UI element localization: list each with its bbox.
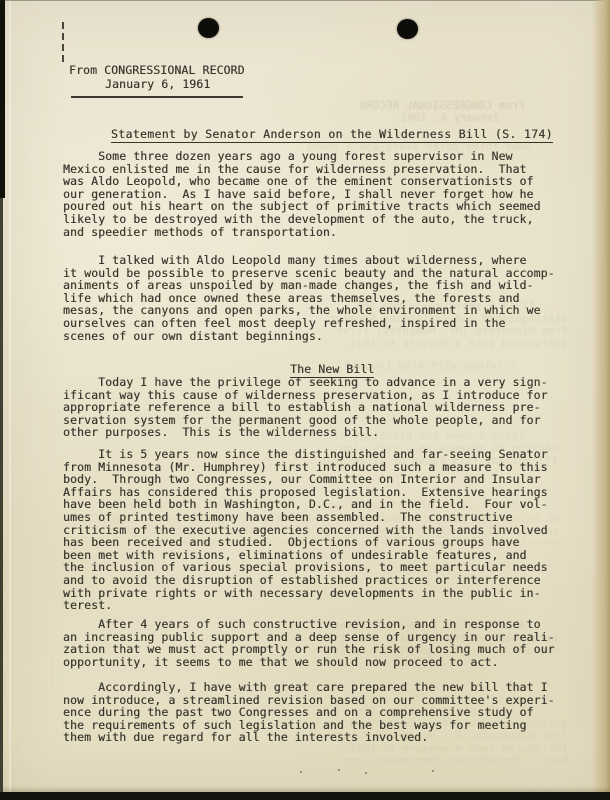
paragraph: Some three dozen years ago a young fores…	[63, 150, 568, 238]
scan-artifact	[432, 770, 434, 772]
scan-edge-bottom	[0, 792, 610, 800]
paragraph: It is 5 years now since the distinguishe…	[63, 448, 568, 612]
paper-edge-right	[592, 0, 610, 800]
date-underline	[71, 96, 243, 98]
document-source-line: From CONGRESSIONAL RECORD	[69, 64, 245, 77]
paragraph: Accordingly, I have with great care prep…	[63, 681, 568, 744]
document-date-line: January 6, 1961	[105, 78, 210, 91]
scan-edge-left	[0, 198, 3, 800]
paper-crease	[9, 0, 11, 800]
scan-artifact	[300, 771, 302, 773]
scan-artifact	[338, 769, 340, 771]
scan-edge-top	[0, 0, 610, 1]
page-title-text: Statement by Senator Anderson on the Wil…	[111, 128, 553, 143]
scan-artifact	[365, 772, 367, 774]
paragraph: Today I have the privilege of seeking to…	[63, 376, 568, 439]
scanned-document-page: From CONGRESSIONAL RECORD January 6, 196…	[0, 0, 610, 800]
paragraph: After 4 years of such constructive revis…	[63, 618, 568, 668]
punch-hole-icon	[198, 18, 219, 38]
pen-mark	[62, 22, 64, 64]
paragraph: I talked with Aldo Leopold many times ab…	[63, 254, 568, 342]
punch-hole-icon	[397, 19, 418, 39]
scan-edge-left	[0, 0, 5, 198]
